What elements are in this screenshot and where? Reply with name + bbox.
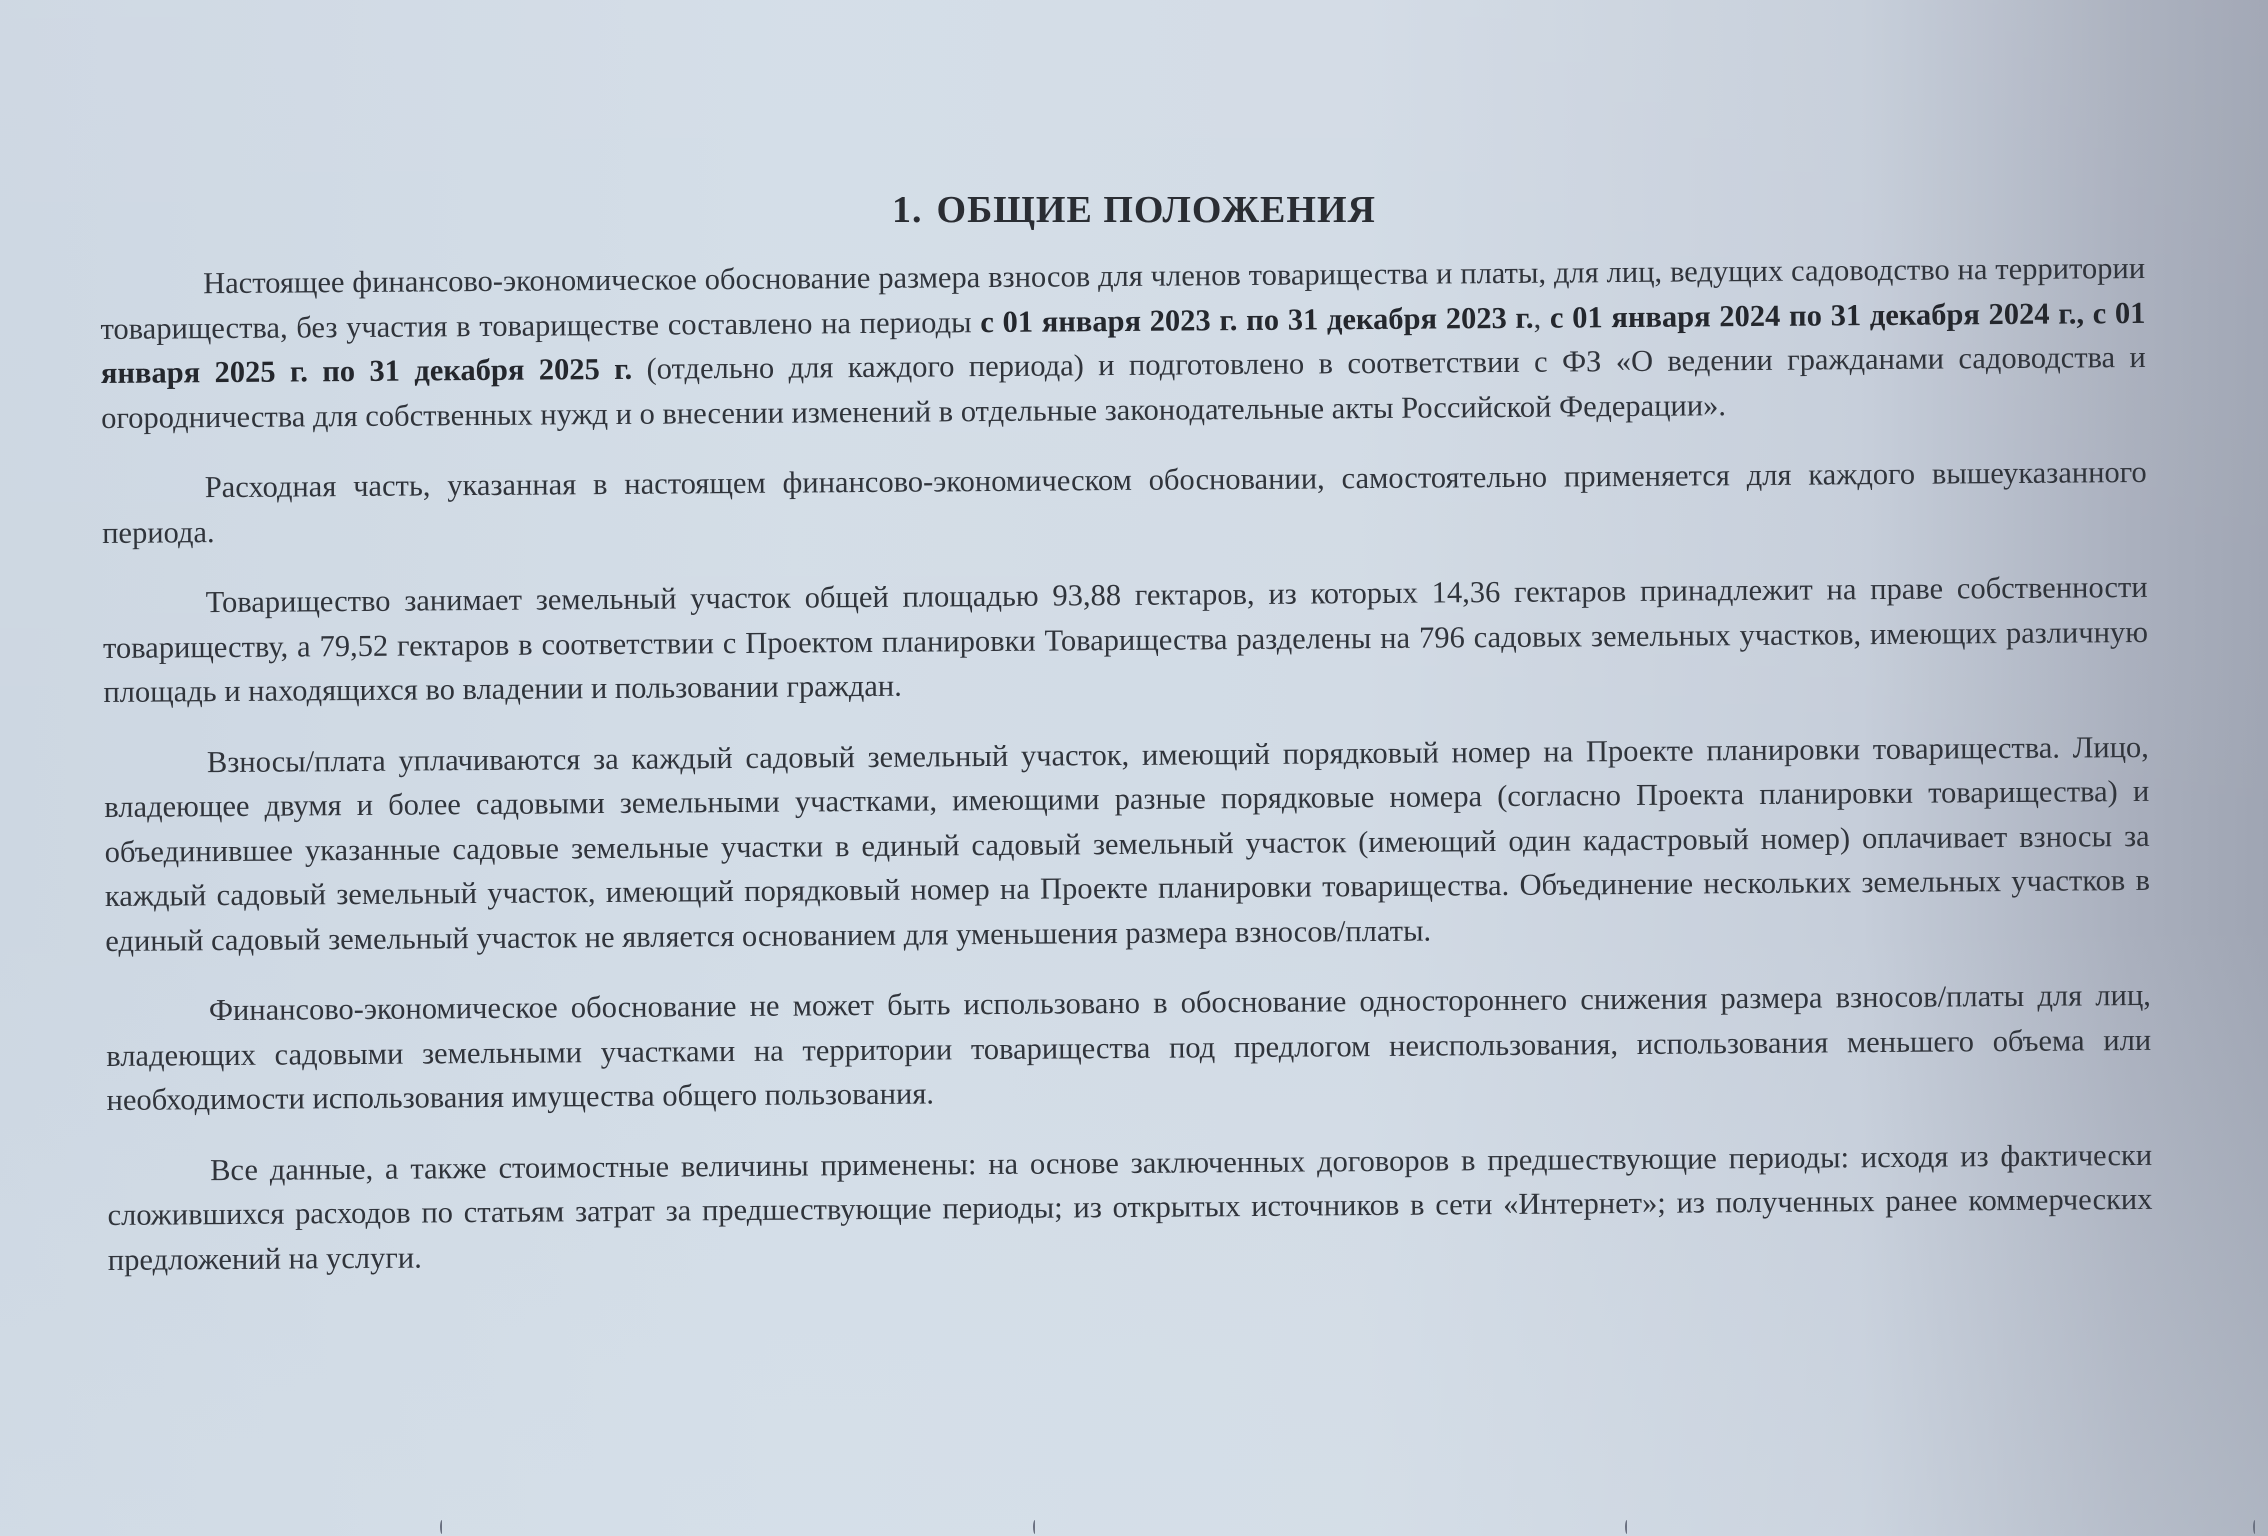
paragraph-periods: Настоящее финансово-экономическое обосно… — [100, 246, 2146, 440]
paragraph-text: Расходная часть, указанная в настоящем ф… — [102, 455, 2147, 550]
paragraph-data-sources: Все данные, а также стоимостные величины… — [107, 1132, 2153, 1282]
document-body: Настоящее финансово-экономическое обосно… — [100, 246, 2153, 1308]
paragraph-expenses: Расходная часть, указанная в настоящем ф… — [102, 450, 2148, 555]
section-number: 1. — [892, 189, 923, 231]
binding-mark — [2253, 1520, 2257, 1534]
paragraph-text: Финансово-экономическое обоснование не м… — [106, 978, 2151, 1117]
paragraph-text: , — [1533, 300, 1550, 334]
section-title: ОБЩИЕ ПОЛОЖЕНИЯ — [937, 189, 1376, 231]
bold-period-text: с 01 января 2023 г. по 31 декабря 2023 г… — [980, 300, 1534, 338]
binding-mark — [440, 1520, 444, 1534]
section-heading: 1.ОБЩИЕ ПОЛОЖЕНИЯ — [0, 188, 2268, 232]
paragraph-land-area: Товарищество занимает земельный участок … — [103, 565, 2149, 715]
binding-mark — [1625, 1520, 1629, 1534]
binding-mark — [1033, 1520, 1037, 1534]
paragraph-text: Взносы/плата уплачиваются за каждый садо… — [104, 729, 2150, 957]
document-page: 1.ОБЩИЕ ПОЛОЖЕНИЯ Настоящее финансово-эк… — [0, 0, 2268, 1536]
paragraph-no-reduction: Финансово-экономическое обоснование не м… — [106, 973, 2152, 1123]
binding-marks — [0, 1496, 2268, 1536]
paragraph-text: Товарищество занимает земельный участок … — [103, 570, 2148, 709]
paragraph-fees-per-plot: Взносы/плата уплачиваются за каждый садо… — [104, 724, 2151, 963]
paragraph-text: Все данные, а также стоимостные величины… — [107, 1137, 2152, 1276]
